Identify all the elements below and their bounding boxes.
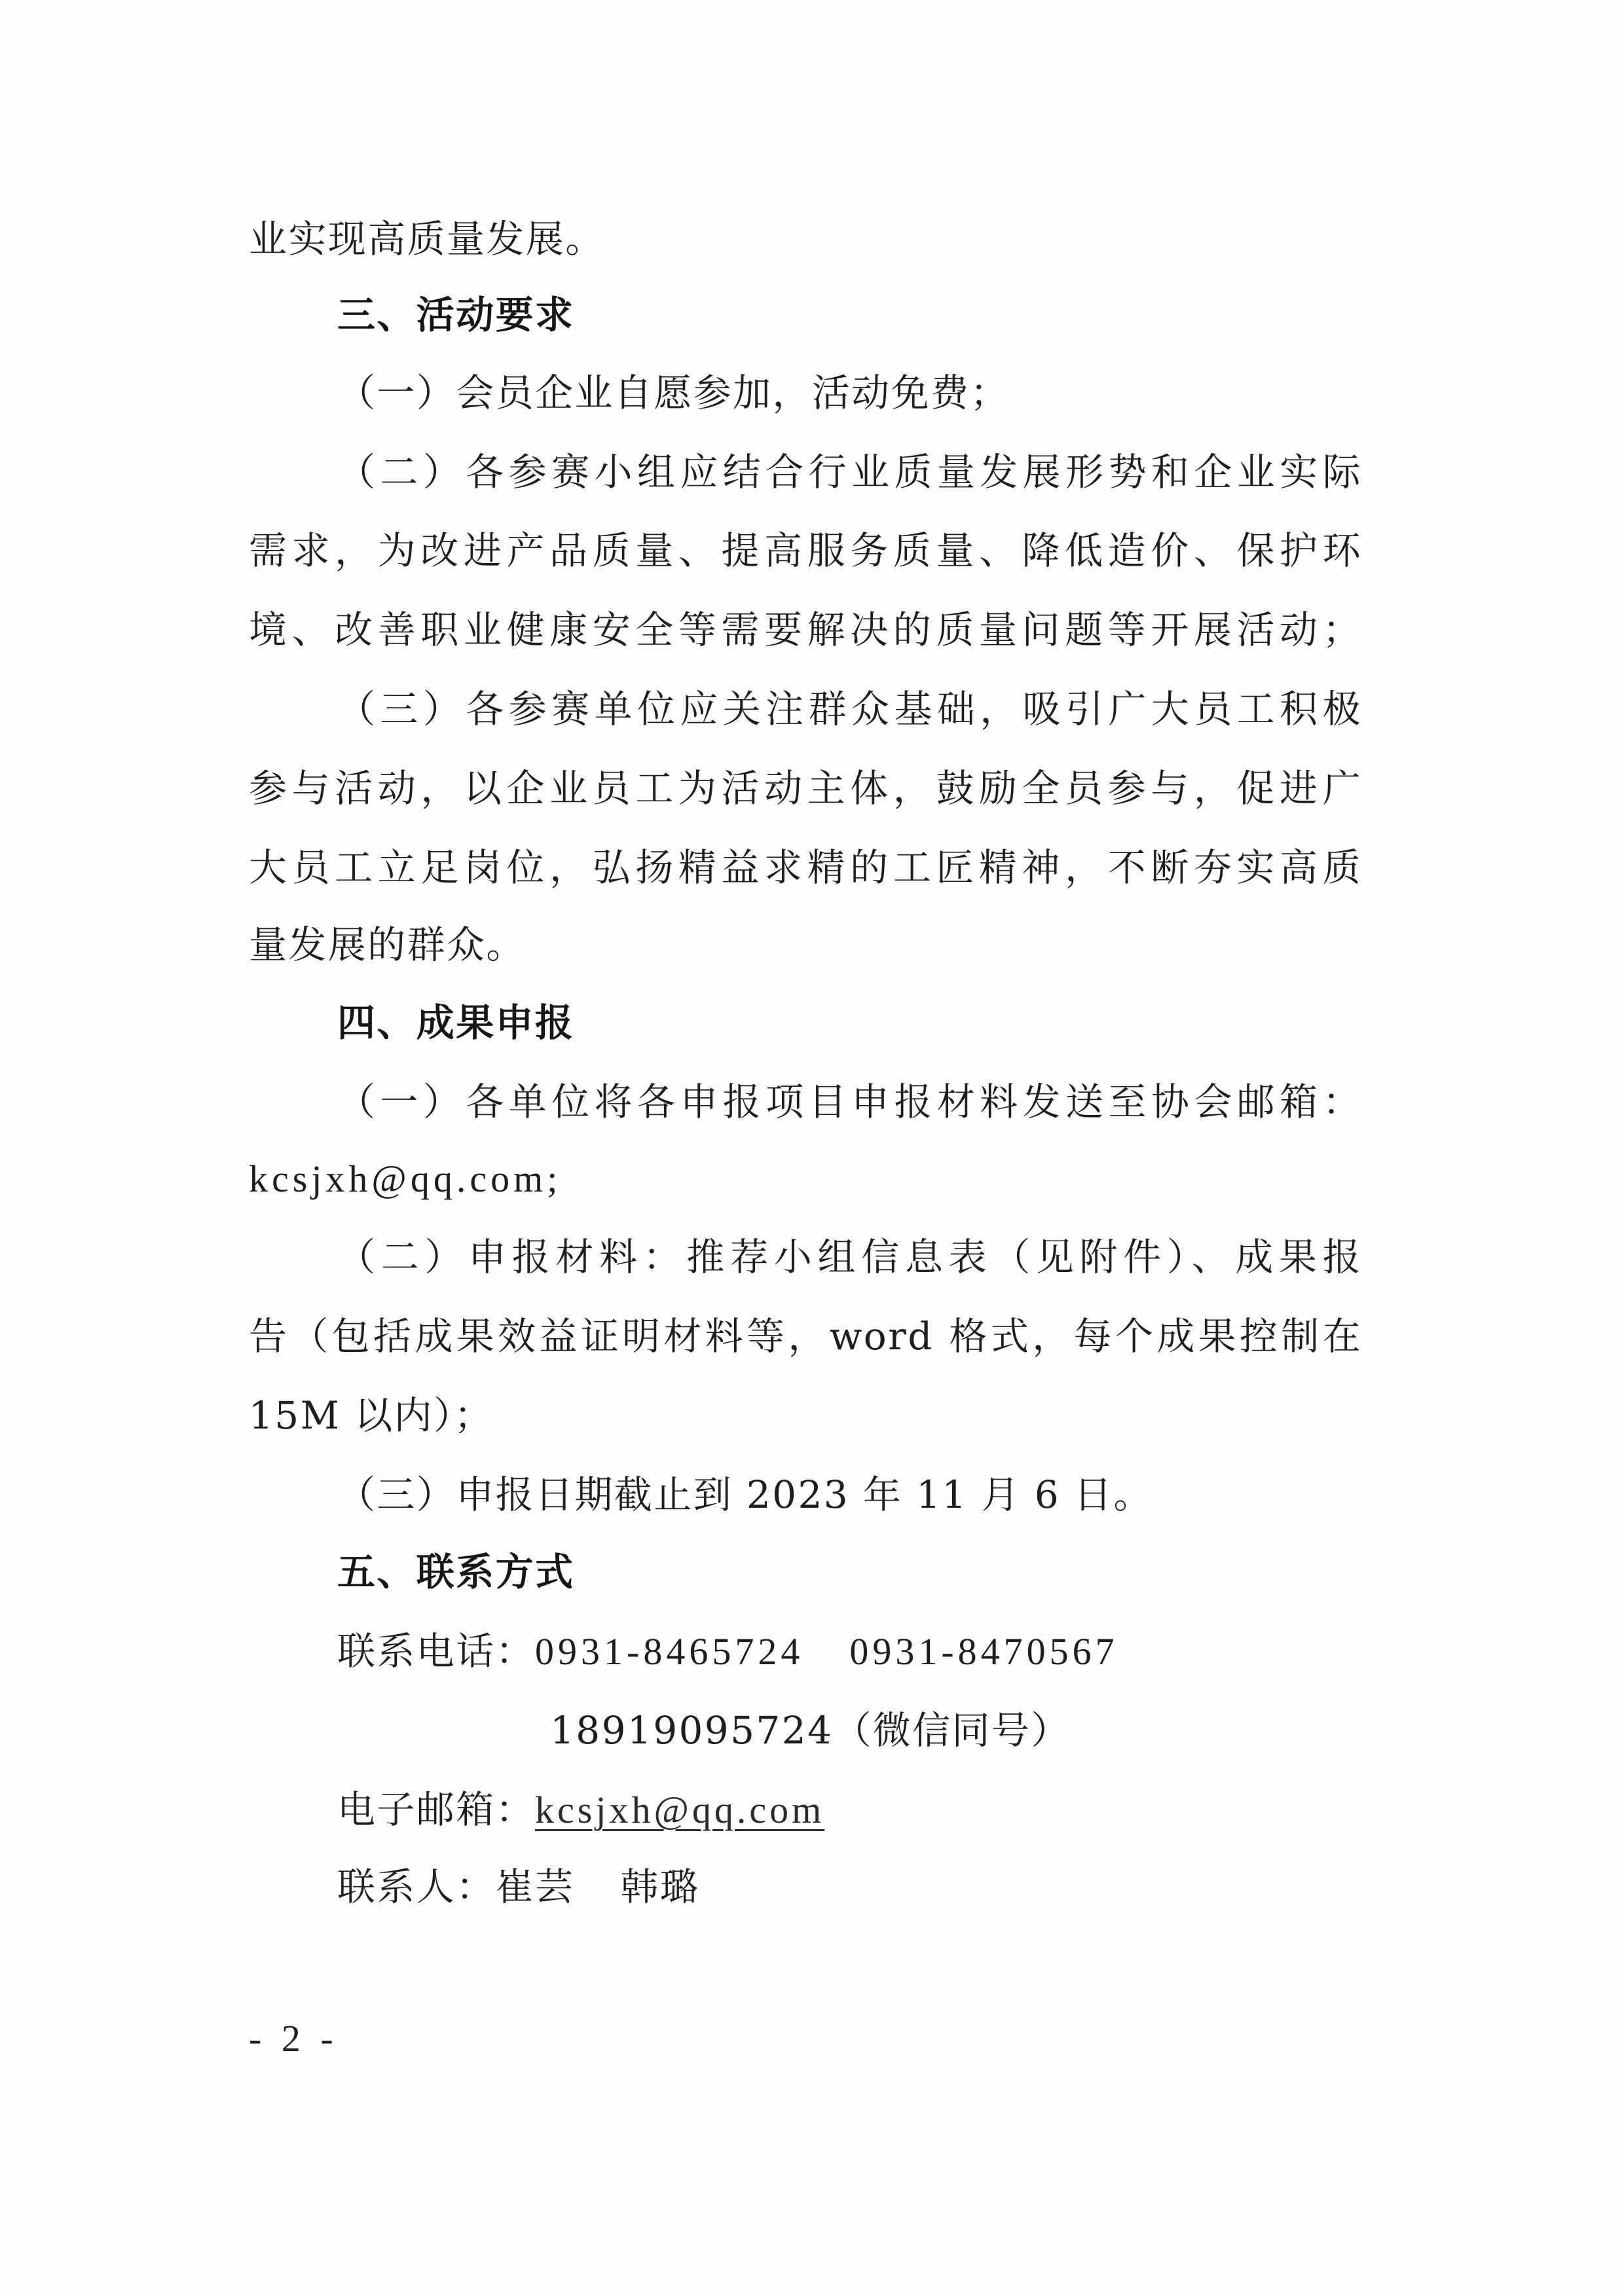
- requirement-item-3-line-3: 大员工立足岗位，弘扬精益求精的工匠精神，不断夯实高质: [249, 829, 1362, 905]
- phone-number-3-wechat: 18919095724（微信同号）: [550, 1692, 1362, 1768]
- contact-person-2: 韩璐: [620, 1865, 699, 1909]
- section-heading-activity-requirements: 三、活动要求: [337, 277, 1362, 353]
- submission-item-3-deadline: （三）申报日期截止到 2023 年 11 月 6 日。: [337, 1457, 1362, 1533]
- paragraph-intro-tail: 业实现高质量发展。: [249, 201, 1362, 277]
- submission-item-2-line-3: 15M 以内）；: [249, 1377, 1362, 1453]
- contact-person-row: 联系人：崔芸韩璐: [337, 1849, 1362, 1925]
- contact-email-row: 电子邮箱：kcsjxh@qq.com: [337, 1772, 1362, 1848]
- requirement-item-2-line-1: （二）各参赛小组应结合行业质量发展形势和企业实际: [337, 434, 1362, 510]
- email-link[interactable]: kcsjxh@qq.com: [535, 1789, 824, 1831]
- requirement-item-3-line-4: 量发展的群众。: [249, 907, 1362, 983]
- requirement-item-3-line-1: （三）各参赛单位应关注群众基础，吸引广大员工积极: [337, 671, 1362, 747]
- contact-label: 联系人：: [337, 1865, 496, 1909]
- phone-number-1: 0931-8465724: [535, 1630, 803, 1673]
- section-heading-contact: 五、联系方式: [337, 1534, 1362, 1610]
- contact-person-1: 崔芸: [496, 1865, 575, 1909]
- submission-item-2-line-2: 告（包括成果效益证明材料等，word 格式，每个成果控制在: [249, 1298, 1362, 1374]
- submission-item-1-line-1: （一）各单位将各申报项目申报材料发送至协会邮箱：: [337, 1064, 1362, 1140]
- contact-phone-row: 联系电话：0931-84657240931-8470567: [337, 1613, 1362, 1689]
- phone-number-2: 0931-8470567: [849, 1630, 1118, 1673]
- requirement-item-2-line-3: 境、改善职业健康安全等需要解决的质量问题等开展活动；: [249, 592, 1362, 668]
- submission-item-2-line-1: （二）申报材料：推荐小组信息表（见附件）、成果报: [337, 1219, 1362, 1295]
- page-number: - 2 -: [249, 2016, 339, 2060]
- requirement-item-3-line-2: 参与活动，以企业员工为活动主体，鼓励全员参与，促进广: [249, 750, 1362, 826]
- section-heading-submission: 四、成果申报: [337, 985, 1362, 1061]
- phone-label: 联系电话：: [337, 1629, 535, 1673]
- requirement-item-1: （一）会员企业自愿参加，活动免费；: [337, 355, 1362, 431]
- email-label: 电子邮箱：: [337, 1787, 535, 1832]
- submission-item-1-email: kcsjxh@qq.com;: [249, 1141, 1362, 1217]
- document-page: 业实现高质量发展。 三、活动要求 （一）会员企业自愿参加，活动免费； （二）各参…: [0, 0, 1624, 2296]
- requirement-item-2-line-2: 需求，为改进产品质量、提高服务质量、降低造价、保护环: [249, 513, 1362, 589]
